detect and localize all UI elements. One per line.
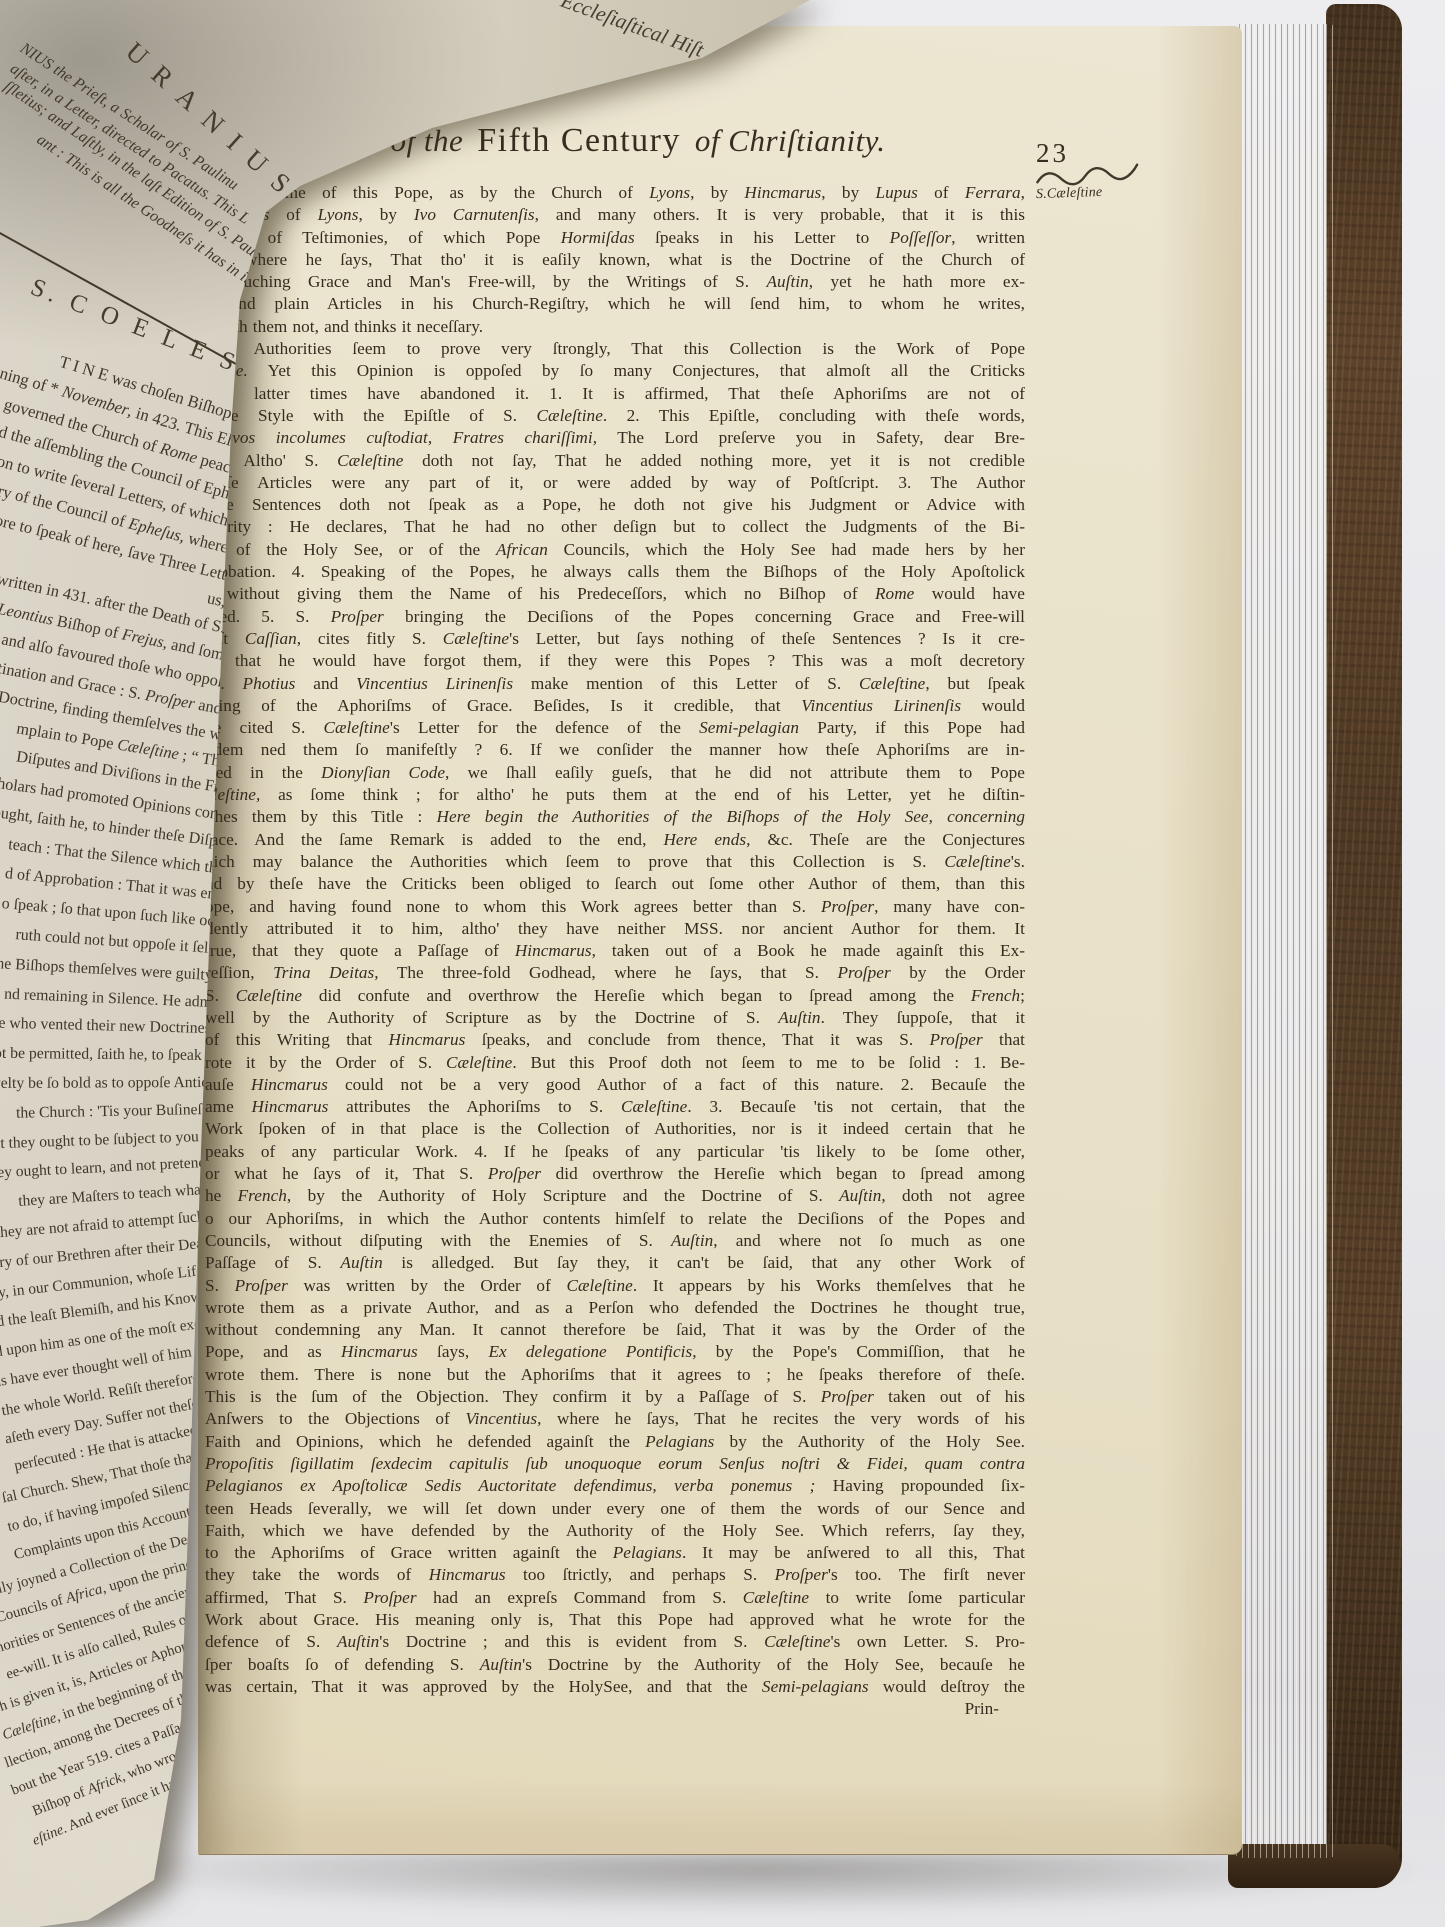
left-page-line: ruth could not but oppoſe it ſelf [15,926,214,958]
left-page-line: ſe who vented their new Doctrines [0,1015,211,1038]
left-running-header-fragment: Eccleſiaſtical Hiſt [557,0,706,63]
left-page-line: That they ought to be ſubject to you : [0,1128,207,1154]
left-page-line: he Biſhops themſelves were guilty [0,955,213,985]
left-page-wrap: Eccleſiaſtical Hiſt URANIUS S. C O E L E… [0,0,1445,1927]
book-photograph: of the Fifth Century of Chriſtianity. 23… [0,0,1445,1927]
left-page: Eccleſiaſtical Hiſt URANIUS S. C O E L E… [0,0,1445,1927]
left-page-line: ey ought to learn, and not pretend [0,1154,207,1182]
left-page-line: the Church : 'Tis your Buſineſs [16,1101,208,1123]
left-page-line: ovelty be ſo bold as to oppoſe Antiq [0,1074,209,1093]
left-page-line: they are Maſters to teach what [18,1181,206,1211]
left-page-line: ot be permitted, ſaith he, to ſpeak ſ [0,1045,210,1065]
left-page-line: us, [205,588,228,612]
left-page-line: nd remaining in Silence. He adm [4,985,212,1011]
